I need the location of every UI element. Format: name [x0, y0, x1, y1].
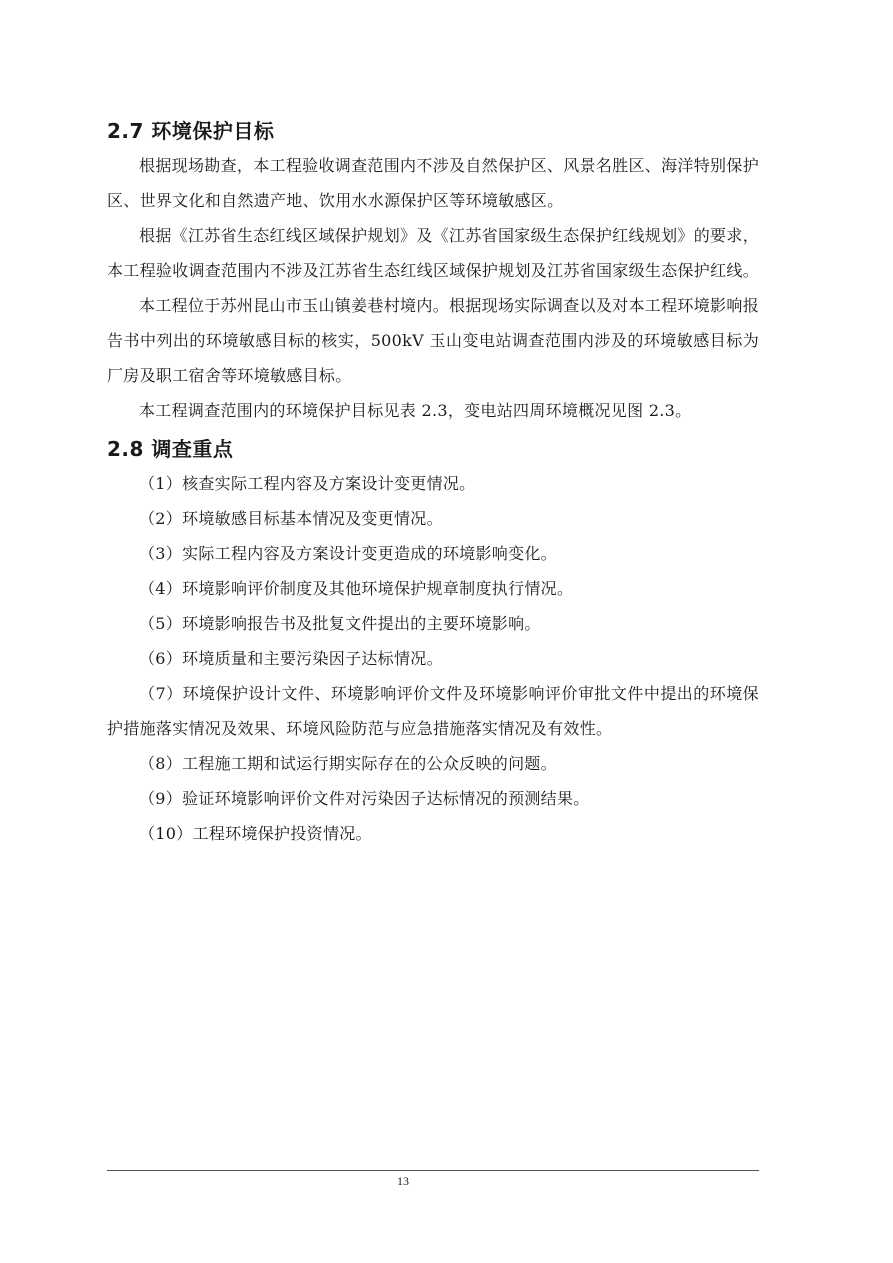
page-number: 13: [107, 1174, 699, 1189]
document-page: 2.7 环境保护目标 根据现场勘查，本工程验收调查范围内不涉及自然保护区、风景名…: [0, 0, 893, 1263]
section-heading-2-7: 2.7 环境保护目标: [107, 114, 759, 148]
list-item: （5）环境影响报告书及批复文件提出的主要环境影响。: [107, 606, 759, 641]
list-item: （4）环境影响评价制度及其他环境保护规章制度执行情况。: [107, 571, 759, 606]
list-item: （1）核查实际工程内容及方案设计变更情况。: [107, 466, 759, 501]
paragraph: 根据《江苏省生态红线区域保护规划》及《江苏省国家级生态保护红线规划》的要求，本工…: [107, 218, 759, 288]
list-item: （8）工程施工期和试运行期实际存在的公众反映的问题。: [107, 746, 759, 781]
list-item: （6）环境质量和主要污染因子达标情况。: [107, 641, 759, 676]
list-item: （7）环境保护设计文件、环境影响评价文件及环境影响评价审批文件中提出的环境保护措…: [107, 676, 759, 746]
footer-divider: [107, 1170, 759, 1171]
list-item: （2）环境敏感目标基本情况及变更情况。: [107, 501, 759, 536]
paragraph: 根据现场勘查，本工程验收调查范围内不涉及自然保护区、风景名胜区、海洋特别保护区、…: [107, 148, 759, 218]
paragraph: 本工程位于苏州昆山市玉山镇姜巷村境内。根据现场实际调查以及对本工程环境影响报告书…: [107, 288, 759, 393]
section-heading-2-8: 2.8 调查重点: [107, 432, 759, 466]
paragraph: 本工程调查范围内的环境保护目标见表 2.3，变电站四周环境概况见图 2.3。: [107, 393, 759, 428]
page-content: 2.7 环境保护目标 根据现场勘查，本工程验收调查范围内不涉及自然保护区、风景名…: [107, 114, 759, 851]
list-item: （10）工程环境保护投资情况。: [107, 816, 759, 851]
list-item: （3）实际工程内容及方案设计变更造成的环境影响变化。: [107, 536, 759, 571]
list-item: （9）验证环境影响评价文件对污染因子达标情况的预测结果。: [107, 781, 759, 816]
